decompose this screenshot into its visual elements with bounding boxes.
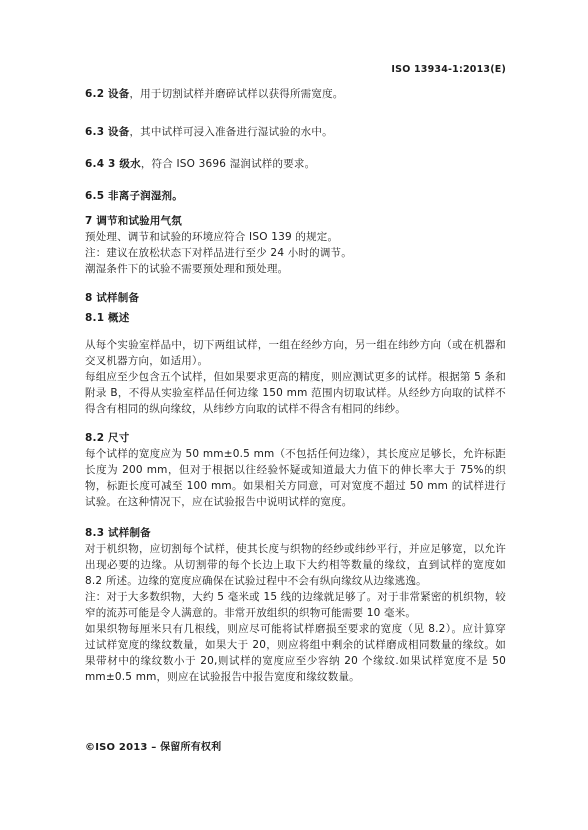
clause-6-3-label: 6.3 设备 — [85, 126, 129, 138]
section-7-line-3: 潮湿条件下的试验不需要预处理和预处理。 — [85, 261, 506, 277]
clause-6-5: 6.5 非离子润湿剂。 — [85, 188, 506, 204]
clause-6-4: 6.4 3 级水，符合 ISO 3696 湿润试样的要求。 — [85, 156, 506, 172]
section-8-1-para-1: 从每个实验室样品中，切下两组试样，一组在经纱方向，另一组在纬纱方向（或在机器和交… — [85, 337, 506, 369]
clause-6-3: 6.3 设备，其中试样可浸入准备进行湿试验的水中。 — [85, 124, 506, 140]
copyright-notice: ©ISO 2013 – 保留所有权利 — [85, 738, 221, 753]
section-8-1-para-2: 每组应至少包含五个试样，但如果要求更高的精度，则应测试更多的试样。根据第 5 条… — [85, 369, 506, 417]
clause-6-4-label: 6.4 3 级水 — [85, 158, 141, 170]
clause-6-2: 6.2 设备，用于切割试样并磨碎试样以获得所需宽度。 — [85, 86, 506, 102]
section-8-2-para-1: 每个试样的宽度应为 50 mm±0.5 mm（不包括任何边缘），其长度应足够长，… — [85, 446, 506, 510]
document-page: ISO 13934-1:2013(E) 6.2 设备，用于切割试样并磨碎试样以获… — [0, 0, 588, 830]
section-8-3-note: 注：对于大多数织物，大约 5 毫米或 15 线的边缘就足够了。对于非常紧密的机织… — [85, 589, 506, 621]
section-8-1-heading: 8.1 概述 — [85, 310, 506, 326]
section-7-line-1: 预处理、调节和试验的环境应符合 ISO 139 的规定。 — [85, 229, 506, 245]
doc-reference: ISO 13934-1:2013(E) — [391, 64, 506, 75]
clause-6-5-label: 6.5 非离子润湿剂。 — [85, 190, 183, 202]
clause-6-3-text: ，其中试样可浸入准备进行湿试验的水中。 — [129, 126, 332, 138]
section-7-note: 注：建议在放松状态下对样品进行至少 24 小时的调节。 — [85, 245, 506, 261]
clause-6-2-label: 6.2 设备 — [85, 88, 129, 100]
section-7-heading: 7 调节和试验用气氛 — [85, 213, 506, 229]
clause-6-2-text: ，用于切割试样并磨碎试样以获得所需宽度。 — [129, 88, 343, 100]
section-8-heading: 8 试样制备 — [85, 290, 506, 306]
clause-6-4-text: ，符合 ISO 3696 湿润试样的要求。 — [141, 158, 315, 170]
section-8-3-para-2: 如果织物每厘米只有几根线，则应尽可能将试样磨损至要求的宽度（见 8.2）。应计算… — [85, 621, 506, 685]
section-8-3-heading: 8.3 试样制备 — [85, 525, 506, 541]
section-8-2-heading: 8.2 尺寸 — [85, 430, 506, 446]
section-8-3-para-1: 对于机织物，应切割每个试样，使其长度与织物的经纱或纬纱平行，并应足够宽，以允许出… — [85, 541, 506, 589]
